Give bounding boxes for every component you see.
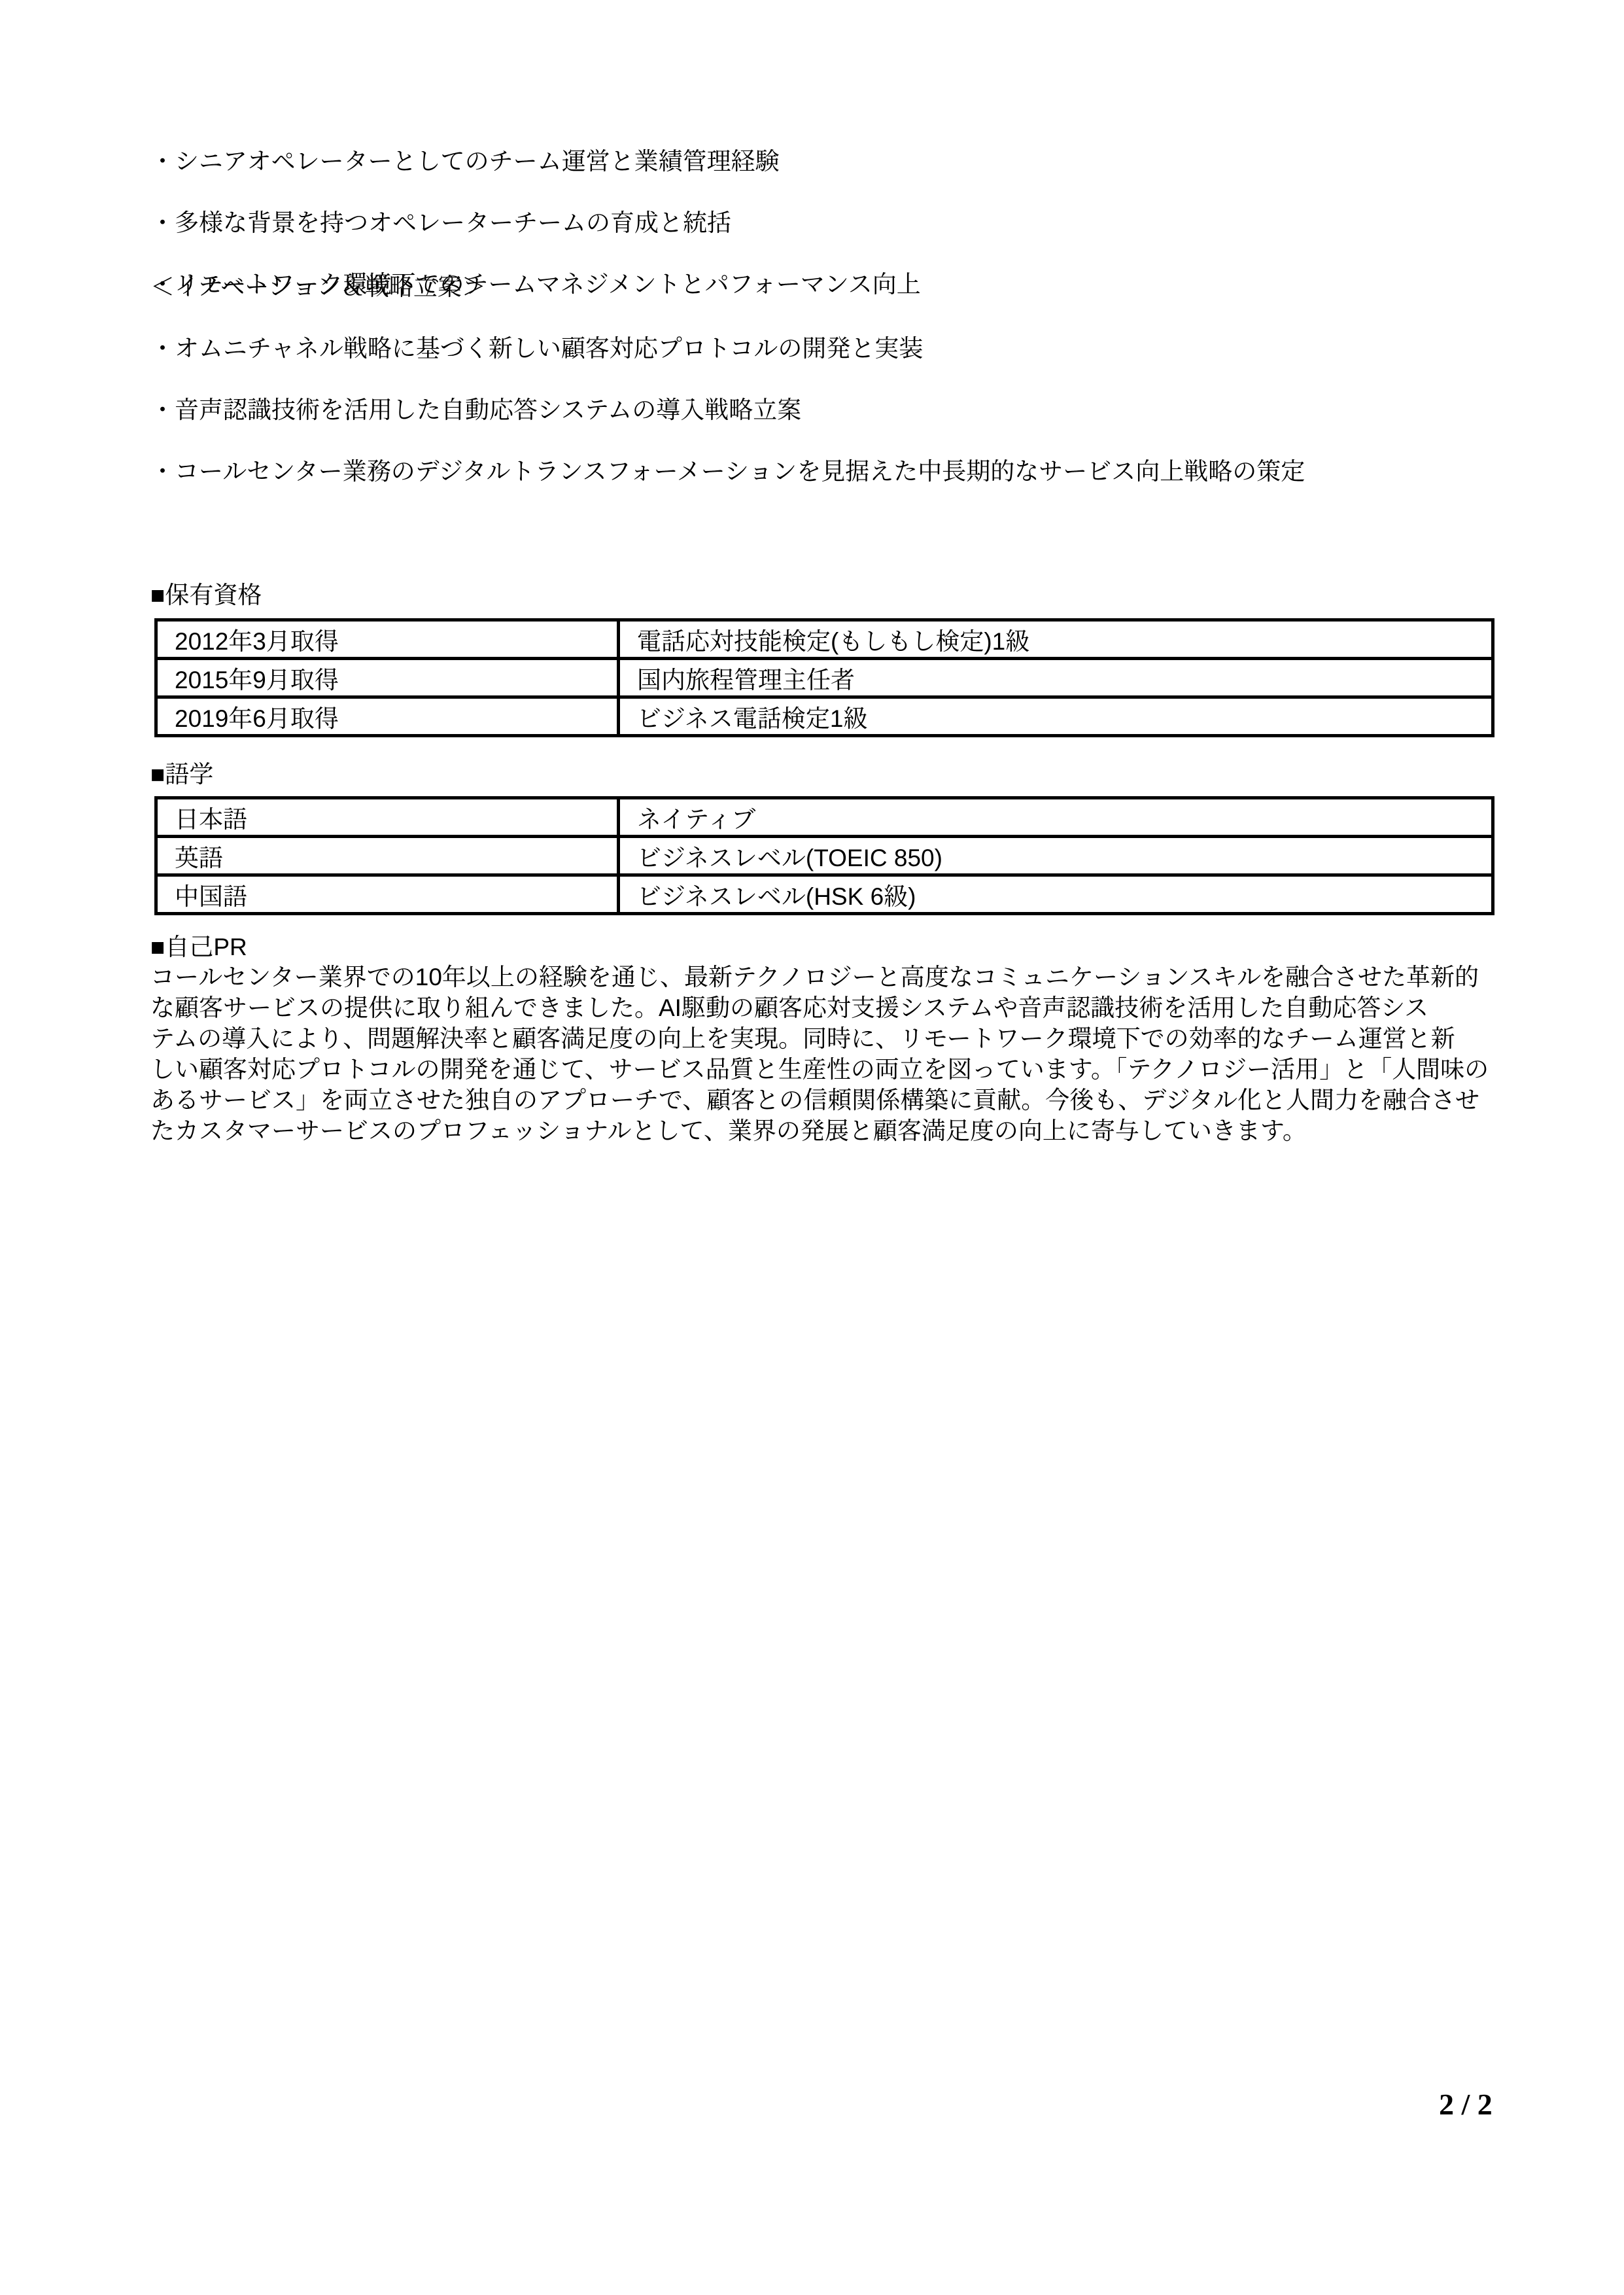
languages-heading: ■語学 xyxy=(150,759,213,790)
qualification-date: 2012年3月取得 xyxy=(156,620,619,659)
qualification-name: 電話応対技能検定(もしもし検定)1級 xyxy=(619,620,1493,659)
innovation-section: ＜イノベーション＆戦略立案＞ ・オムニチャネル戦略に基づく新しい顧客対応プロトコ… xyxy=(150,241,1305,517)
innovation-bullet: ・音声認識技術を活用した自動応答システムの導入戦略立案 xyxy=(150,394,1305,425)
qualification-name: ビジネス電話検定1級 xyxy=(619,697,1493,736)
language-name: 英語 xyxy=(156,837,619,875)
qualifications-table: 2012年3月取得 電話応対技能検定(もしもし検定)1級 2015年9月取得 国… xyxy=(154,618,1494,737)
table-row: 日本語 ネイティブ xyxy=(156,798,1493,837)
table-row: 2019年6月取得 ビジネス電話検定1級 xyxy=(156,697,1493,736)
innovation-bullet: ・オムニチャネル戦略に基づく新しい顧客対応プロトコルの開発と実装 xyxy=(150,333,1305,364)
innovation-bullet: ・コールセンター業務のデジタルトランスフォーメーションを見据えた中長期的なサービ… xyxy=(150,456,1305,487)
table-row: 2012年3月取得 電話応対技能検定(もしもし検定)1級 xyxy=(156,620,1493,659)
language-name: 中国語 xyxy=(156,875,619,914)
language-level: ビジネスレベル(TOEIC 850) xyxy=(619,837,1493,875)
experience-bullet: ・多様な背景を持つオペレーターチームの育成と統括 xyxy=(150,207,921,238)
page-number: 2 / 2 xyxy=(1439,2088,1493,2121)
selfpr-heading: ■自己PR xyxy=(150,932,247,962)
table-row: 英語 ビジネスレベル(TOEIC 850) xyxy=(156,837,1493,875)
table-row: 中国語 ビジネスレベル(HSK 6級) xyxy=(156,875,1493,914)
qualification-date: 2015年9月取得 xyxy=(156,659,619,697)
language-level: ビジネスレベル(HSK 6級) xyxy=(619,875,1493,914)
innovation-heading: ＜イノベーション＆戦略立案＞ xyxy=(150,272,1305,302)
qualifications-heading: ■保有資格 xyxy=(150,580,262,610)
qualification-name: 国内旅程管理主任者 xyxy=(619,659,1493,697)
selfpr-body: コールセンター業界での10年以上の経験を通じ、最新テクノロジーと高度なコミュニケ… xyxy=(150,962,1537,1146)
language-level: ネイティブ xyxy=(619,798,1493,837)
resume-page-2: ・シニアオペレーターとしてのチーム運営と業績管理経験 ・多様な背景を持つオペレー… xyxy=(0,0,1624,2295)
language-name: 日本語 xyxy=(156,798,619,837)
languages-table: 日本語 ネイティブ 英語 ビジネスレベル(TOEIC 850) 中国語 ビジネス… xyxy=(154,796,1494,915)
experience-bullet: ・シニアオペレーターとしてのチーム運営と業績管理経験 xyxy=(150,146,921,177)
qualification-date: 2019年6月取得 xyxy=(156,697,619,736)
table-row: 2015年9月取得 国内旅程管理主任者 xyxy=(156,659,1493,697)
